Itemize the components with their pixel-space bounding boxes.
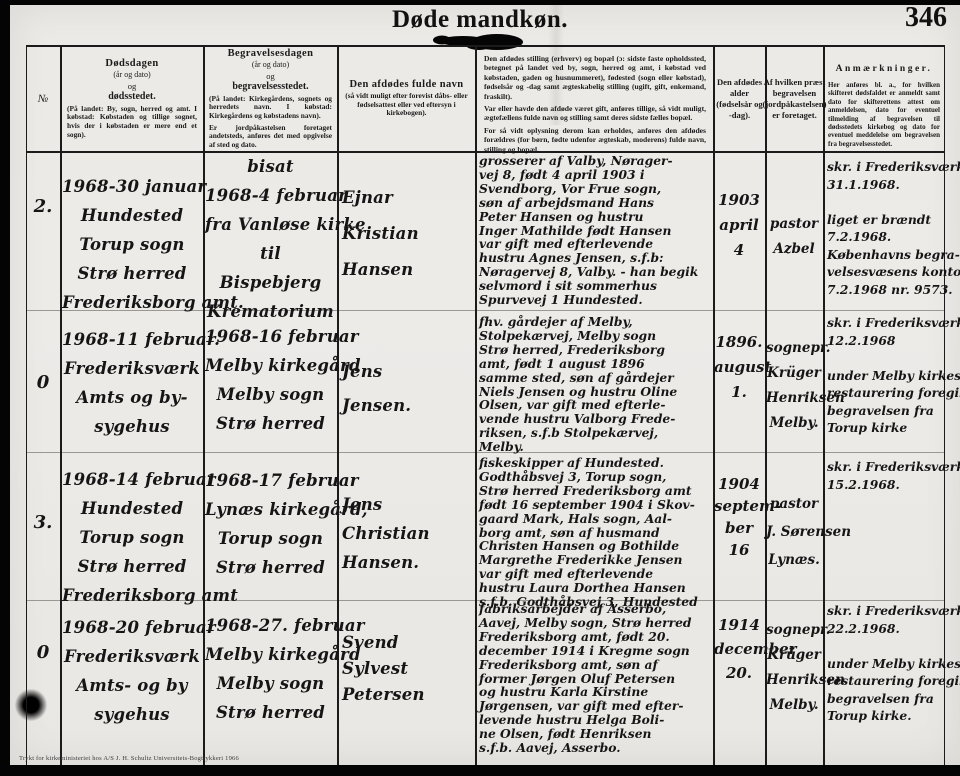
header-burial-note2: Er jordpåkastelsen foretaget andetsteds,… (209, 124, 332, 150)
header-burial-day: Begravelsesdagen (år og dato) og begrave… (204, 46, 337, 151)
death-date-place: 1968-20 februarFrederiksværkAmts- og bys… (62, 613, 202, 729)
death-date-place: 1968-14 februarHundestedTorup sognStrø h… (62, 465, 202, 610)
occupation-residence: fabriksarbejder af Asserbo,Aavej, Melby … (479, 602, 712, 755)
header-death-note: (På landet: By, sogn, herred og amt. I k… (67, 105, 197, 139)
entry-number: 3. (26, 512, 60, 533)
officiating-priest: sognepr.KrügerHenriksenMelby. (766, 618, 822, 718)
header-occ-para3: For så vidt oplysning derom kan erholdes… (484, 126, 706, 154)
officiating-priest: pastorAzbel (766, 212, 822, 262)
deceased-name: JensChristianHansen. (340, 490, 474, 577)
deceased-name: JensJensen. (340, 355, 474, 423)
header-full-name: Den afdødes fulde navn (så vidt muligt e… (338, 46, 475, 151)
header-death-place: dødsstedet. (108, 91, 156, 102)
ink-spot (14, 688, 48, 722)
burial-date-place: 1968-17 februarLynæs kirkegård,Torup sog… (205, 466, 336, 582)
age-birthdate: 1896.august1. (714, 330, 764, 405)
scan-edge-bottom (0, 765, 960, 776)
officiating-priest: pastorJ. SørensenLynæs. (766, 490, 822, 574)
entry-number: 0 (26, 372, 60, 393)
header-death-and: og (128, 81, 137, 91)
page-title: Døde mandkøn. (0, 6, 960, 34)
burial-date-place: 1968-27. februarMelby kirkegårdMelby sog… (205, 611, 336, 727)
header-burial-and: og (266, 71, 275, 81)
header-name-title: Den afdødes fulde navn (349, 79, 463, 90)
occupation-residence: fhv. gårdejer af Melby,Stolpekærvej, Mel… (479, 315, 712, 454)
remarks: skr. i Frederiksværk12.2.1968 under Melb… (827, 314, 943, 437)
age-birthdate: 1904septem-ber16 (714, 473, 764, 561)
header-remarks: Anmærkninger. Her anføres bl. a., for hv… (824, 46, 944, 151)
header-occ-para1: Den afdødes stilling (erhverv) og bopæl … (484, 54, 706, 101)
occupation-residence: grosserer af Valby, Nørager-vej 8, født … (479, 154, 712, 307)
officiating-priest: sognepr.KrügerHenriksenMelby. (766, 336, 822, 436)
remarks: skr. i Frederiksværk22.2.1968. under Mel… (827, 602, 943, 725)
deceased-name: SvendSylvestPetersen (340, 630, 474, 708)
page-number: 346 (905, 2, 947, 34)
header-occupation: Den afdødes stilling (erhverv) og bopæl … (477, 46, 713, 151)
deceased-name: EjnarKristianHansen (340, 180, 474, 288)
entry-number: 2. (26, 196, 60, 217)
occupation-residence: fiskeskipper af Hundested.Godthåbsvej 3,… (479, 456, 712, 609)
header-remarks-title: Anmærkninger. (836, 64, 933, 74)
header-burial-note: (På landet: Kirkegårdens, sognets og her… (209, 95, 332, 121)
death-date-place: 1968-30 januarHundestedTorup sognStrø he… (62, 172, 202, 317)
age-birthdate: 1914december20. (714, 613, 764, 685)
header-age: Den afdødes alder (fødselsår og -dag). (714, 46, 765, 151)
header-burial-sub: (år og dato) (252, 60, 289, 69)
column-divider (475, 45, 477, 766)
printer-imprint: Trykt for kirkeministeriet hos A/S J. H.… (19, 755, 239, 762)
header-death-day: Dødsdagen (år og dato) og dødsstedet. (P… (61, 46, 203, 151)
header-no: № (26, 46, 60, 151)
header-priest: Af hvilken præst begravelsen (jordpåkast… (766, 46, 823, 151)
header-burial-place: begravelsesstedet. (232, 81, 308, 92)
burial-date-place: 1968-16 februarMelby kirkegårdMelby sogn… (205, 322, 336, 438)
remarks: skr. i Frederiksværk15.2.1968. (827, 458, 943, 493)
entry-number: 0 (26, 642, 60, 663)
header-name-note: (så vidt muligt efter forevist dåbs- ell… (344, 92, 469, 118)
scan-edge-left (0, 0, 10, 776)
burial-date-place: bisat1968-4 februarfra Vanløse kirketilB… (205, 152, 336, 326)
header-death-title: Dødsdagen (105, 58, 158, 69)
header-age-note: Den afdødes alder (fødselsår og -dag). (716, 77, 763, 121)
no-symbol: № (38, 93, 48, 105)
age-birthdate: 1903april4 (714, 188, 764, 263)
death-date-place: 1968-11 februar.FrederiksværkAmts og by-… (62, 325, 202, 441)
header-death-sub: (år og dato) (113, 70, 150, 79)
header-remarks-note: Her anføres bl. a., for hvilken skiftere… (828, 81, 940, 148)
header-occ-para2: Var eller havde den afdøde været gift, a… (484, 104, 706, 123)
header-burial-title: Begravelsesdagen (228, 48, 314, 59)
remarks: skr. i Frederiksværk31.1.1968. liget er … (827, 158, 943, 298)
scan-edge-top (0, 0, 960, 5)
header-priest-note: Af hvilken præst begravelsen (jordpåkast… (763, 77, 827, 121)
